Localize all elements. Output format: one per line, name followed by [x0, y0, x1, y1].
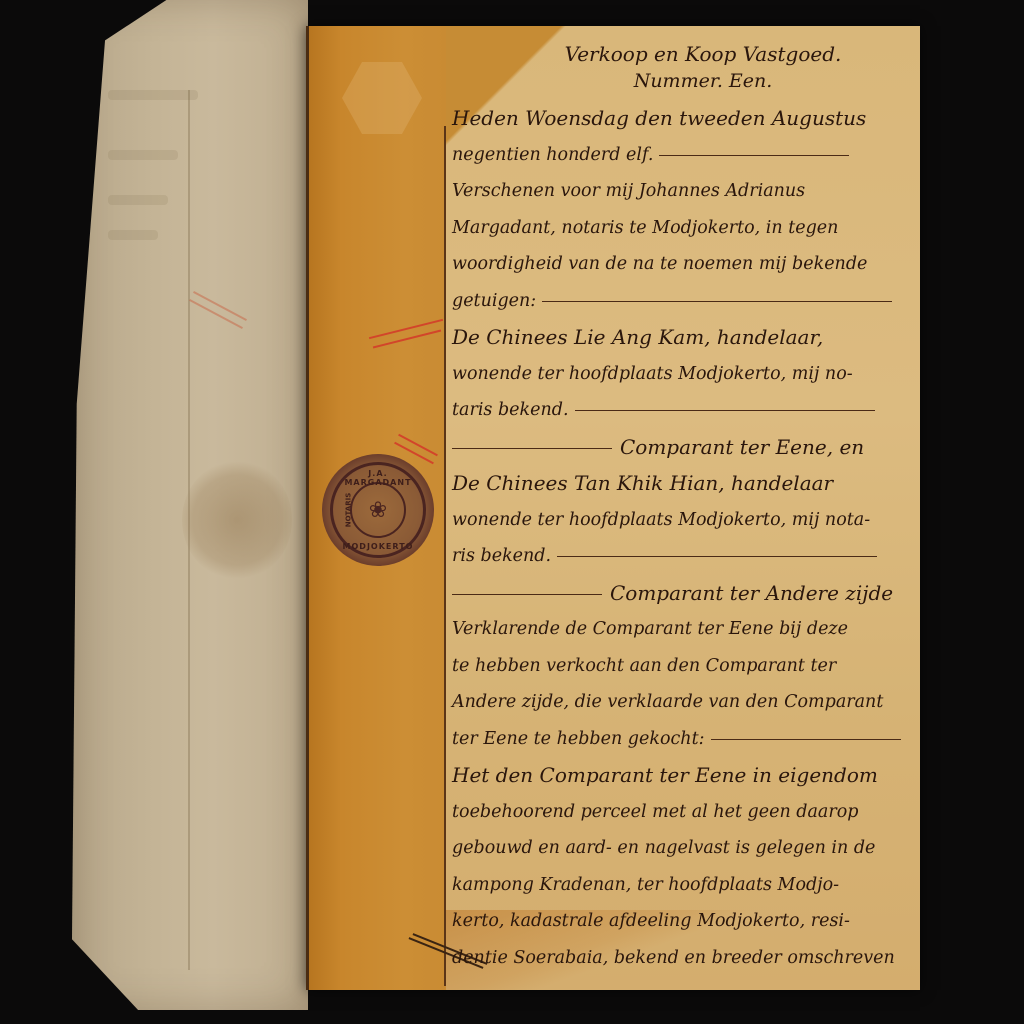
seal-ring: J.A. MARGADANT NOTARIS ❀ MODJOKERTO	[330, 462, 426, 558]
text-span: Comparant ter Eene, en	[620, 435, 864, 459]
text-line: ris bekend.	[452, 538, 914, 575]
text-line: wonende ter hoofdplaats Modjokerto, mij …	[452, 502, 914, 539]
blank-rule	[452, 594, 602, 595]
text-line: De Chinees Lie Ang Kam, handelaar,	[452, 319, 914, 356]
document-scene: J.A. MARGADANT NOTARIS ❀ MODJOKERTO Verk…	[0, 0, 1024, 1024]
text-line: Comparant ter Eene, en	[452, 429, 914, 466]
flap-faded-writing	[108, 230, 158, 240]
text-line: te hebben verkocht aan den Comparant ter	[452, 648, 914, 685]
text-line: Margadant, notaris te Modjokerto, in teg…	[452, 210, 914, 247]
text-line: negentien honderd elf.	[452, 137, 914, 174]
text-line: Heden Woensdag den tweeden Augustus	[452, 100, 914, 137]
text-line: ter Eene te hebben gekocht:	[452, 721, 914, 758]
text-line: Verklarende de Comparant ter Eene bij de…	[452, 611, 914, 648]
seal-text-left: NOTARIS	[344, 493, 352, 528]
flap-faded-writing	[108, 195, 168, 205]
text-line: gebouwd en aard- en nagelvast is gelegen…	[452, 830, 914, 867]
flap-faded-writing	[108, 90, 198, 100]
text-line: getuigen:	[452, 283, 914, 320]
text-line: Andere zijde, die verklaarde van den Com…	[452, 684, 914, 721]
deed-number: Nummer. Een.	[452, 68, 914, 94]
text-line: woordigheid van de na te noemen mij beke…	[452, 246, 914, 283]
coat-of-arms-icon: ❀	[350, 482, 406, 538]
text-line: taris bekend.	[452, 392, 914, 429]
text-line: Het den Comparant ter Eene in eigendom	[452, 757, 914, 794]
text-line: wonende ter hoofdplaats Modjokerto, mij …	[452, 356, 914, 393]
margin-rule	[444, 126, 446, 986]
seal-text-bottom: MODJOKERTO	[333, 542, 423, 551]
text-line: toebehoorend perceel met al het geen daa…	[452, 794, 914, 831]
text-line: De Chinees Tan Khik Hian, handelaar	[452, 465, 914, 502]
text-span: Comparant ter Andere zijde	[610, 581, 893, 605]
blank-rule	[452, 448, 612, 449]
seal-text-top: J.A. MARGADANT	[333, 469, 423, 487]
flap-faded-writing	[108, 150, 178, 160]
notary-seal: J.A. MARGADANT NOTARIS ❀ MODJOKERTO	[322, 454, 434, 566]
text-line: dentie Soerabaia, bekend en breeder omsc…	[452, 940, 914, 977]
deed-title: Verkoop en Koop Vastgoed.	[452, 40, 914, 68]
text-line: Verschenen voor mij Johannes Adrianus	[452, 173, 914, 210]
text-line: Comparant ter Andere zijde	[452, 575, 914, 612]
deed-page: J.A. MARGADANT NOTARIS ❀ MODJOKERTO Verk…	[306, 26, 920, 990]
page-left-edge	[306, 26, 309, 990]
flap-seal-offset-stain	[182, 460, 292, 580]
text-line: kerto, kadastrale afdeeling Modjokerto, …	[452, 903, 914, 940]
deed-text: Verkoop en Koop Vastgoed. Nummer. Een. H…	[452, 40, 914, 976]
text-line: kampong Kradenan, ter hoofdplaats Modjo-	[452, 867, 914, 904]
